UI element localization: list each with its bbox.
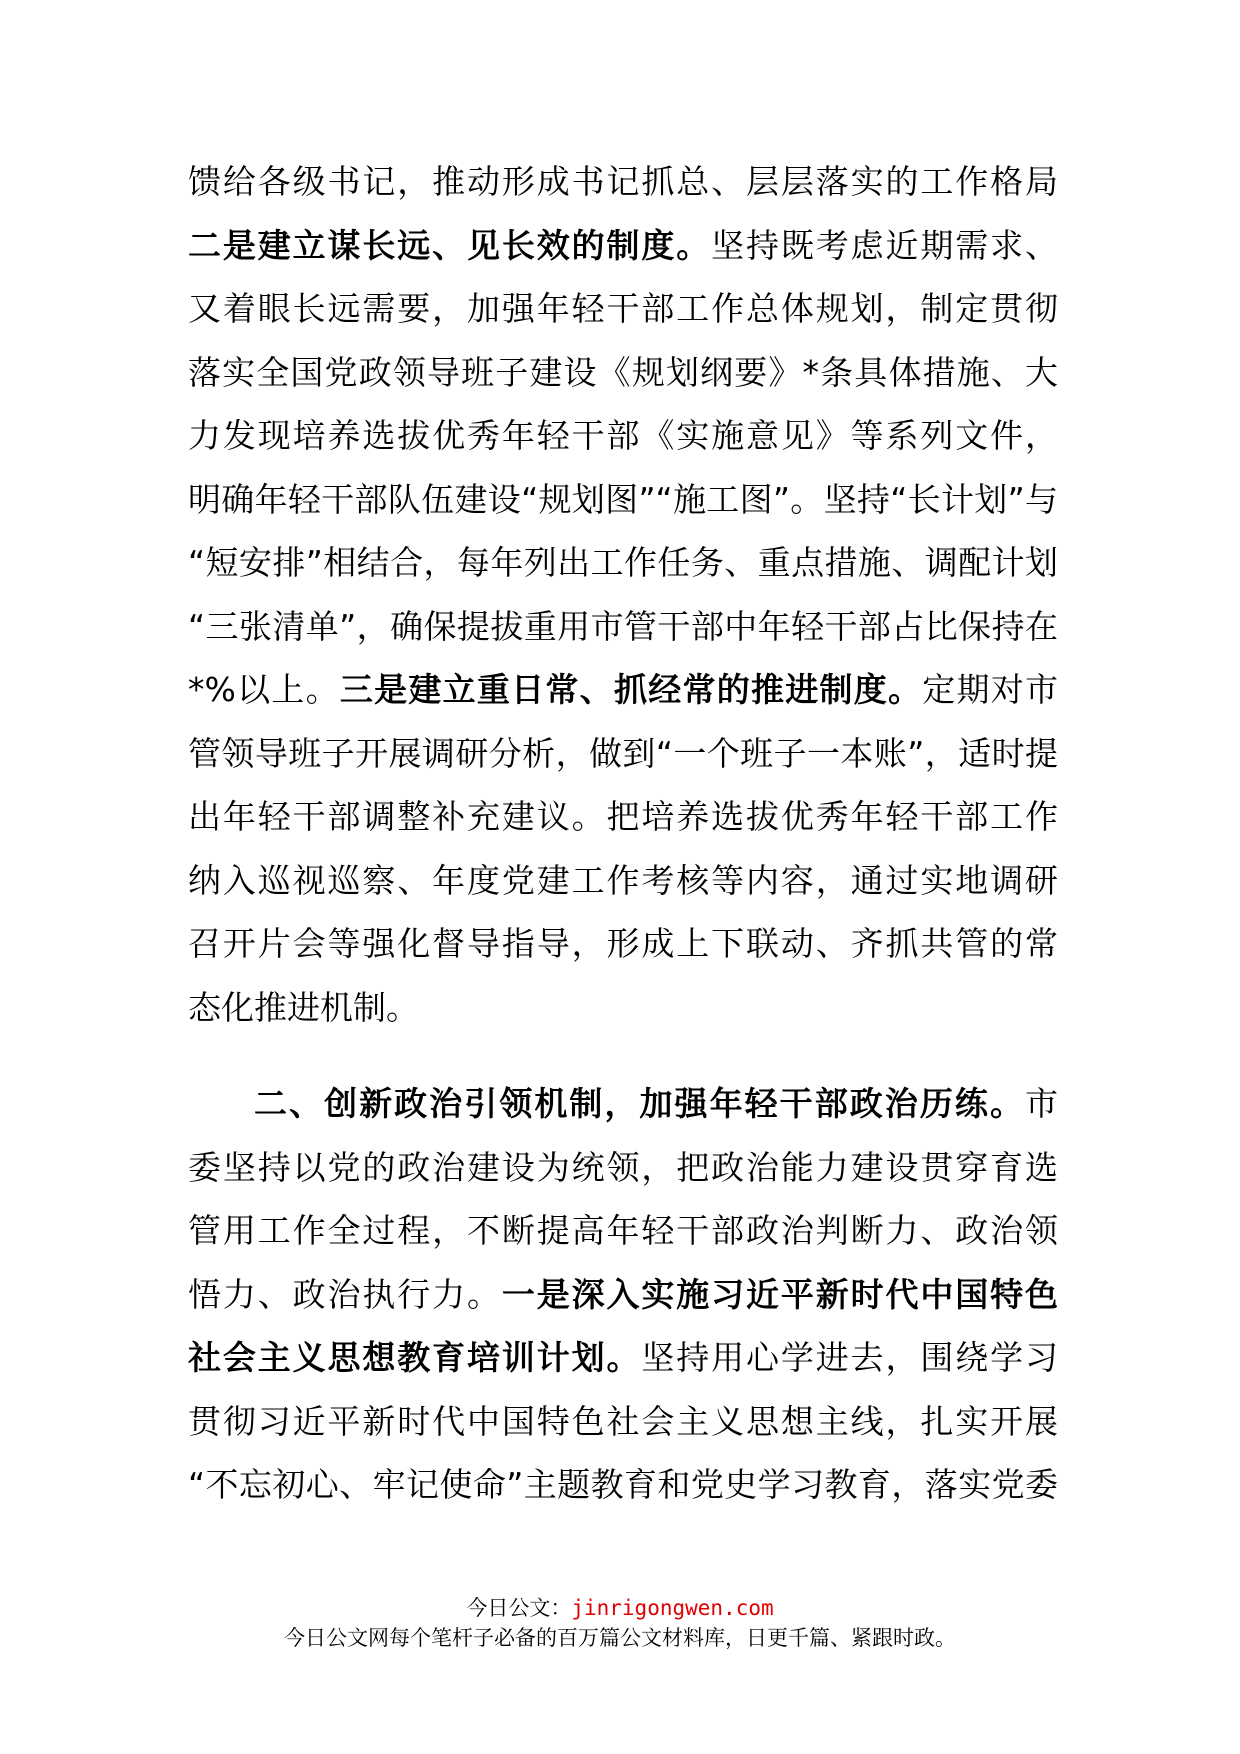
text-segment: 态化推进机制。 <box>188 988 419 1027</box>
text-segment: 明确年轻干部队伍建设“规划图”“施工图”。坚持“长计划”与 <box>188 480 1058 519</box>
text-line: “短安排”相结合，每年列出工作任务、重点措施、调配计划 <box>188 531 1058 595</box>
text-segment: “不忘初心、牢记使命”主题教育和党史学习教育，落实党委 <box>188 1465 1058 1504</box>
text-line: *%以上。三是建立重日常、抓经常的推进制度。定期对市 <box>188 658 1058 722</box>
text-segment: “三张清单”，确保提拔重用市管干部中年轻干部占比保持在 <box>188 607 1058 646</box>
section-heading: 二、创新政治引领机制，加强年轻干部政治历练。 <box>254 1084 1025 1123</box>
text-line: 贯彻习近平新时代中国特色社会主义思想主线，扎实开展 <box>188 1390 1058 1454</box>
text-line: 又着眼长远需要，加强年轻干部工作总体规划，制定贯彻 <box>188 277 1058 341</box>
document-body: 馈给各级书记，推动形成书记抓总、层层落实的工作格局 二是建立谋长远、见长效的制度… <box>188 150 1058 1517</box>
paragraph-gap <box>188 1039 1058 1072</box>
subheading-text: 社会主义思想教育培训计划。 <box>188 1338 641 1377</box>
text-line: 纳入巡视巡察、年度党建工作考核等内容，通过实地调研 <box>188 849 1058 913</box>
text-segment: “短安排”相结合，每年列出工作任务、重点措施、调配计划 <box>188 543 1058 582</box>
text-line: 馈给各级书记，推动形成书记抓总、层层落实的工作格局 <box>188 150 1058 214</box>
text-line: 召开片会等强化督导指导，形成上下联动、齐抓共管的常 <box>188 912 1058 976</box>
footer-site-link[interactable]: jinrigongwen.com <box>571 1596 773 1620</box>
text-line: “三张清单”，确保提拔重用市管干部中年轻干部占比保持在 <box>188 595 1058 659</box>
text-segment: 纳入巡视巡察、年度党建工作考核等内容，通过实地调研 <box>188 861 1058 900</box>
text-segment: 出年轻干部调整补充建议。把培养选拔优秀年轻干部工作 <box>188 797 1058 836</box>
text-line: 力发现培养选拔优秀年轻干部《实施意见》等系列文件， <box>188 404 1058 468</box>
text-line: 二是建立谋长远、见长效的制度。坚持既考虑近期需求、 <box>188 214 1058 278</box>
text-segment: 贯彻习近平新时代中国特色社会主义思想主线，扎实开展 <box>188 1402 1058 1441</box>
text-segment: 管用工作全过程，不断提高年轻干部政治判断力、政治领 <box>188 1211 1058 1250</box>
text-line: 明确年轻干部队伍建设“规划图”“施工图”。坚持“长计划”与 <box>188 468 1058 532</box>
text-segment: 坚持既考虑近期需求、 <box>711 226 1058 265</box>
text-line: 管领导班子开展调研分析，做到“一个班子一本账”，适时提 <box>188 722 1058 786</box>
subheading-text: 一是深入实施习近平新时代中国特色 <box>502 1275 1058 1314</box>
text-segment: 悟力、政治执行力。 <box>188 1275 502 1314</box>
text-segment: 召开片会等强化督导指导，形成上下联动、齐抓共管的常 <box>188 924 1058 963</box>
text-segment: 定期对市 <box>922 670 1058 709</box>
text-segment: 力发现培养选拔优秀年轻干部《实施意见》等系列文件， <box>188 416 1058 455</box>
document-page: 馈给各级书记，推动形成书记抓总、层层落实的工作格局 二是建立谋长远、见长效的制度… <box>0 0 1240 1754</box>
section-heading-line: 二、创新政治引领机制，加强年轻干部政治历练。市 <box>188 1072 1058 1136</box>
text-line: 落实全国党政领导班子建设《规划纲要》*条具体措施、大 <box>188 341 1058 405</box>
text-line: 委坚持以党的政治建设为统领，把政治能力建设贯穿育选 <box>188 1136 1058 1200</box>
text-segment: 市 <box>1025 1084 1058 1123</box>
text-segment: 管领导班子开展调研分析，做到“一个班子一本账”，适时提 <box>188 734 1058 773</box>
text-line: “不忘初心、牢记使命”主题教育和党史学习教育，落实党委 <box>188 1453 1058 1517</box>
text-segment: 坚持用心学进去，围绕学习 <box>641 1338 1058 1377</box>
text-line: 社会主义思想教育培训计划。坚持用心学进去，围绕学习 <box>188 1326 1058 1390</box>
text-segment: 馈给各级书记，推动形成书记抓总、层层落实的工作格局 <box>188 162 1058 201</box>
subheading-text: 三是建立重日常、抓经常的推进制度。 <box>340 670 922 709</box>
text-line: 态化推进机制。 <box>188 976 1058 1040</box>
text-segment: 委坚持以党的政治建设为统领，把政治能力建设贯穿育选 <box>188 1148 1058 1187</box>
footer-slogan: 今日公文网每个笔杆子必备的百万篇公文材料库，日更千篇、紧跟时政。 <box>0 1624 1240 1652</box>
text-segment: 落实全国党政领导班子建设《规划纲要》*条具体措施、大 <box>188 353 1058 392</box>
text-segment: 又着眼长远需要，加强年轻干部工作总体规划，制定贯彻 <box>188 289 1058 328</box>
text-line: 悟力、政治执行力。一是深入实施习近平新时代中国特色 <box>188 1263 1058 1327</box>
text-line: 管用工作全过程，不断提高年轻干部政治判断力、政治领 <box>188 1199 1058 1263</box>
subheading-text: 二是建立谋长远、见长效的制度。 <box>188 226 711 265</box>
footer-site-line: 今日公文：jinrigongwen.com <box>0 1594 1240 1622</box>
text-segment: *%以上。 <box>188 670 340 709</box>
text-line: 出年轻干部调整补充建议。把培养选拔优秀年轻干部工作 <box>188 785 1058 849</box>
footer-site-label: 今日公文： <box>466 1596 571 1620</box>
